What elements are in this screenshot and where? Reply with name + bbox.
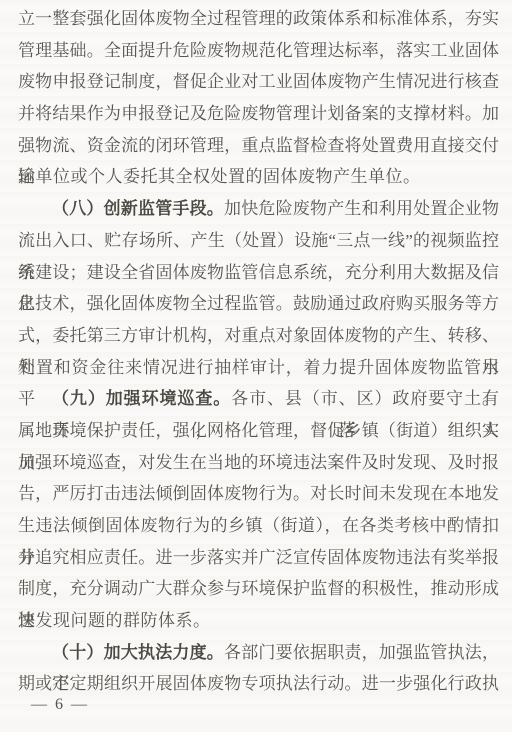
- text-line: 并将结果作为申报登记及危险废物管理计划备案的支撑材料。加: [18, 98, 499, 130]
- text-line: 废物申报登记制度，督促企业对工业固体废物产生情况进行核查: [18, 66, 499, 98]
- body-text: 化技术，强化固体废物全过程监管。鼓励通过政府购买服务等方: [18, 294, 499, 313]
- text-line: 式，委托第三方审计机构，对重点对象固体废物的产生、转移、利用: [18, 320, 499, 352]
- text-line: （十）加大执法力度。各部门要依据职责，加强监管执法，定: [18, 637, 499, 669]
- text-line: 加强环境巡查，对发生在当地的环境违法案件及时发现、及时报: [18, 447, 499, 479]
- body-text: 告，严厉打击违法倾倒固体废物行为。对长时间未发现在本地发: [18, 484, 499, 503]
- text-line: 并追究相应责任。进一步落实并广泛宣传固体废物违法有奖举报: [18, 542, 499, 574]
- text-line: 立一整套强化固体废物全过程管理的政策体系和标准体系，夯实: [18, 3, 499, 35]
- text-line: （九）加强环境巡查。各市、县（市、区）政府要守土有责，落实: [18, 383, 499, 415]
- text-line: 输单位或个人委托其全权处置的固体废物产生单位。: [18, 161, 499, 193]
- section-heading: （十）加大执法力度。: [52, 643, 224, 662]
- body-text: 废物申报登记制度，督促企业对工业固体废物产生情况进行核查: [18, 72, 499, 91]
- section-heading: （九）加强环境巡查。: [52, 389, 231, 408]
- body-text: 加快危险废物产生和利用处置企业物: [224, 199, 499, 218]
- text-line: 告，严厉打击违法倾倒固体废物行为。对长时间未发现在本地发: [18, 478, 499, 510]
- body-text: 立一整套强化固体废物全过程管理的政策体系和标准体系，夯实: [18, 9, 499, 28]
- body-text: 输单位或个人委托其全权处置的固体废物产生单位。: [18, 167, 421, 186]
- body-text: 速发现问题的群防体系。: [18, 611, 211, 630]
- body-text: 并将结果作为申报登记及危险废物管理计划备案的支撑材料。加: [18, 104, 499, 123]
- body-text: 并追究相应责任。进一步落实并广泛宣传固体废物违法有奖举报: [18, 548, 499, 567]
- text-line: 速发现问题的群防体系。: [18, 605, 499, 637]
- body-text: 管理基础。全面提升危险废物规范化管理达标率，落实工业固体: [18, 41, 499, 60]
- text-line: （八）创新监管手段。加快危险废物产生和利用处置企业物: [18, 193, 499, 225]
- text-line: 处置和资金往来情况进行抽样审计，着力提升固体废物监管水平。: [18, 352, 499, 384]
- text-line: 制度，充分调动广大群众参与环境保护监督的积极性，推动形成快: [18, 573, 499, 605]
- document-body: 立一整套强化固体废物全过程管理的政策体系和标准体系，夯实管理基础。全面提升危险废…: [18, 3, 499, 700]
- text-line: 管理基础。全面提升危险废物规范化管理达标率，落实工业固体: [18, 35, 499, 67]
- body-text: 期或不定期组织开展固体废物专项执法行动。进一步强化行政执: [18, 674, 499, 693]
- text-line: 强物流、资金流的闭环管理，重点监督检查将处置费用直接交付运: [18, 130, 499, 162]
- document-page: 立一整套强化固体废物全过程管理的政策体系和标准体系，夯实管理基础。全面提升危险废…: [0, 0, 512, 732]
- text-line: 化技术，强化固体废物全过程监管。鼓励通过政府购买服务等方: [18, 288, 499, 320]
- text-line: 流出入口、贮存场所、产生（处置）设施“三点一线”的视频监控系: [18, 225, 499, 257]
- text-line: 期或不定期组织开展固体废物专项执法行动。进一步强化行政执: [18, 668, 499, 700]
- text-line: 统建设；建设全省固体废物监管信息系统，充分利用大数据及信息: [18, 257, 499, 289]
- body-text: 加强环境巡查，对发生在当地的环境违法案件及时发现、及时报: [18, 453, 499, 472]
- text-line: 生违法倾倒固体废物行为的乡镇（街道），在各类考核中酌情扣分: [18, 510, 499, 542]
- text-line: 属地环境保护责任，强化网格化管理，督促乡镇（街道）组织人员: [18, 415, 499, 447]
- section-heading: （八）创新监管手段。: [52, 199, 224, 218]
